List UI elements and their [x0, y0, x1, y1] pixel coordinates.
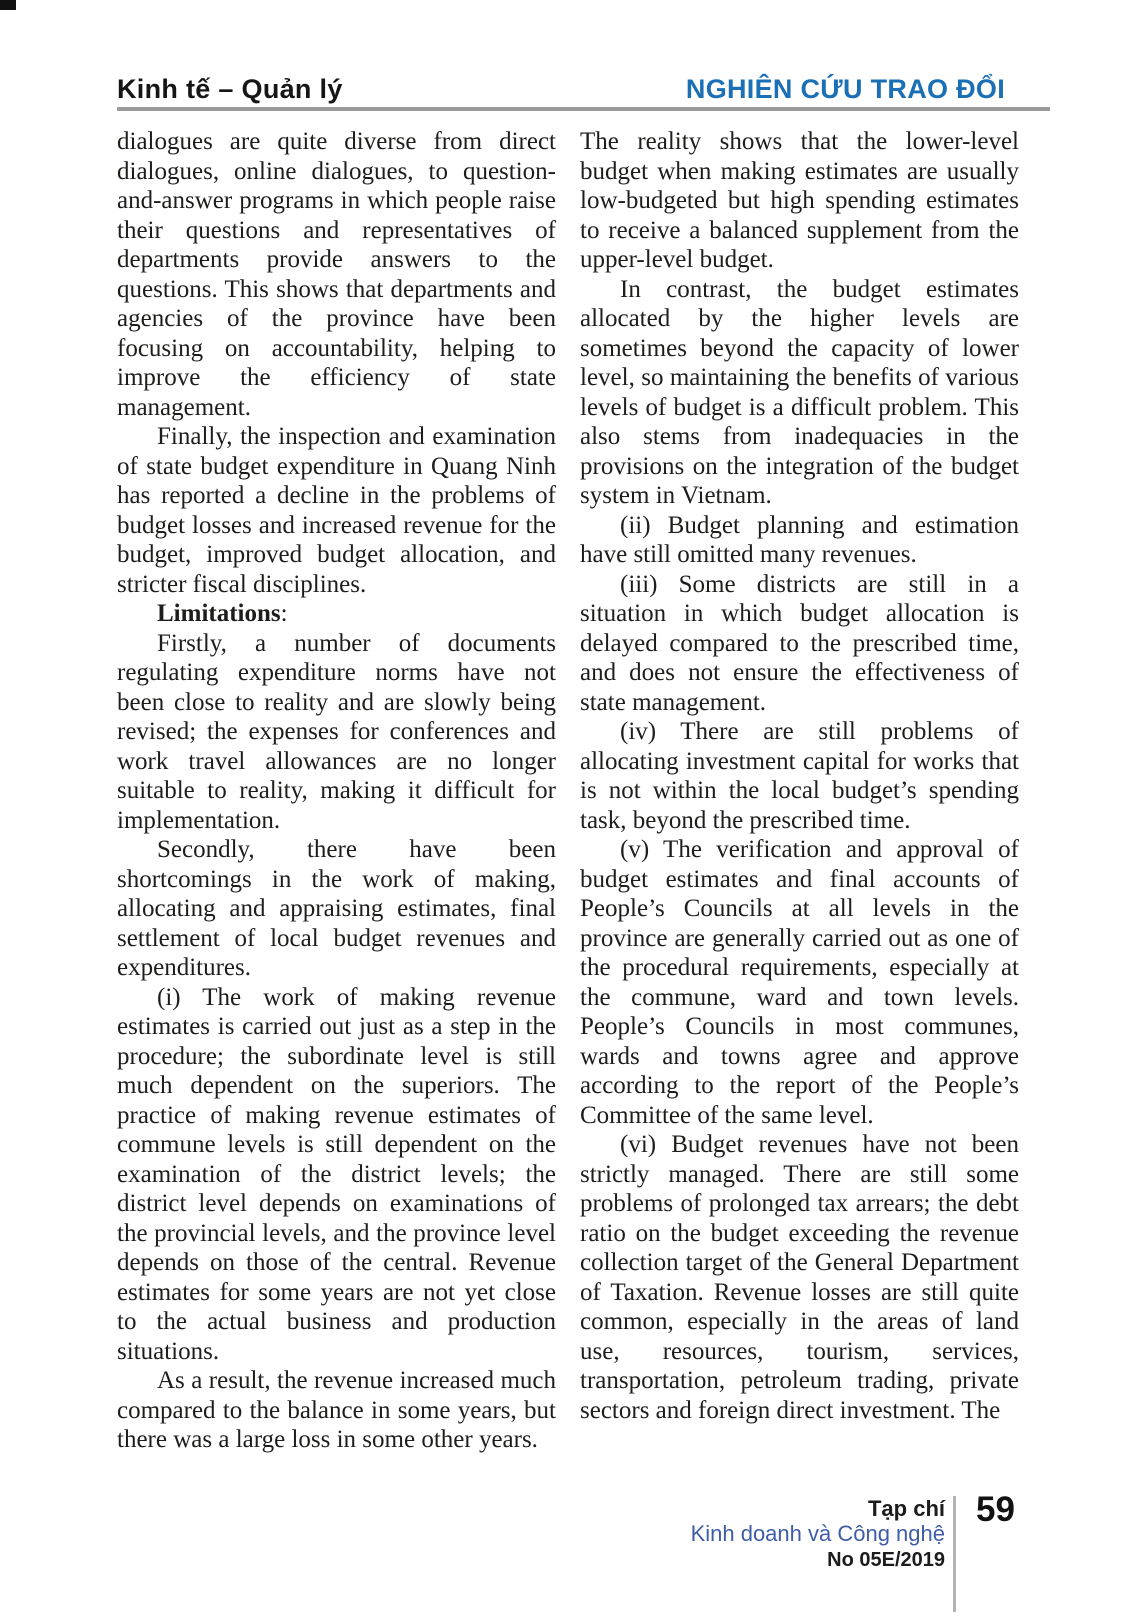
text-run: The reality shows that the lower-level b… [580, 128, 1019, 273]
paragraph: (i) The work of making revenue estimates… [117, 983, 556, 1367]
text-run: (v) The verification and approval of bud… [580, 836, 1019, 1129]
section-label: Kinh tế – Quản lý [117, 74, 343, 105]
paragraph: Finally, the inspection and examination … [117, 422, 556, 599]
journal-prefix: Tạp chí [691, 1496, 945, 1521]
journal-column-label: NGHIÊN CỨU TRAO ĐỔI [686, 74, 1005, 105]
paragraph: The reality shows that the lower-level b… [580, 127, 1019, 275]
journal-imprint: Tạp chí Kinh doanh và Công nghệ No 05E/2… [691, 1496, 945, 1574]
header-rule [117, 107, 1050, 111]
paragraph: (ii) Budget planning and estimation have… [580, 511, 1019, 570]
page-footer: Tạp chí Kinh doanh và Công nghệ No 05E/2… [0, 1488, 1133, 1618]
text-run: Finally, the inspection and examination … [117, 423, 556, 598]
text-run: Secondly, there have been shortcomings i… [117, 836, 556, 981]
issue-number: No 05E/2019 [691, 1547, 945, 1574]
text-run: : [281, 600, 288, 627]
paragraph: Firstly, a number of documents regulatin… [117, 629, 556, 836]
left-column: dialogues are quite diverse from direct … [117, 127, 556, 1455]
text-run: (vi) Budget revenues have not been stric… [580, 1131, 1019, 1424]
paragraph: As a result, the revenue increased much … [117, 1366, 556, 1455]
paragraph: Secondly, there have been shortcomings i… [117, 835, 556, 983]
text-run: In contrast, the budget estimates alloca… [580, 276, 1019, 510]
text-run: As a result, the revenue increased much … [117, 1367, 556, 1453]
paragraph: In contrast, the budget estimates alloca… [580, 275, 1019, 511]
bold-run: Limitations [157, 600, 281, 627]
paragraph: (v) The verification and approval of bud… [580, 835, 1019, 1130]
page-header: Kinh tế – Quản lý NGHIÊN CỨU TRAO ĐỔI [117, 74, 1005, 105]
page-number: 59 [976, 1490, 1015, 1530]
paragraph: (iv) There are still problems of allocat… [580, 717, 1019, 835]
text-run: Firstly, a number of documents regulatin… [117, 630, 556, 834]
text-run: (iii) Some districts are still in a situ… [580, 571, 1019, 716]
scan-artifact [0, 0, 16, 10]
text-run: (ii) Budget planning and estimation have… [580, 512, 1019, 569]
journal-name: Kinh doanh và Công nghệ [691, 1521, 945, 1547]
journal-page: Kinh tế – Quản lý NGHIÊN CỨU TRAO ĐỔI di… [0, 0, 1133, 1618]
right-column: The reality shows that the lower-level b… [580, 127, 1019, 1455]
text-run: (i) The work of making revenue estimates… [117, 984, 556, 1365]
paragraph: (vi) Budget revenues have not been stric… [580, 1130, 1019, 1425]
footer-divider [953, 1496, 956, 1612]
article-body: dialogues are quite diverse from direct … [117, 127, 1019, 1455]
paragraph: dialogues are quite diverse from direct … [117, 127, 556, 422]
paragraph: (iii) Some districts are still in a situ… [580, 570, 1019, 718]
text-run: (iv) There are still problems of allocat… [580, 718, 1019, 834]
text-run: dialogues are quite diverse from direct … [117, 128, 556, 421]
paragraph: Limitations: [117, 599, 556, 629]
